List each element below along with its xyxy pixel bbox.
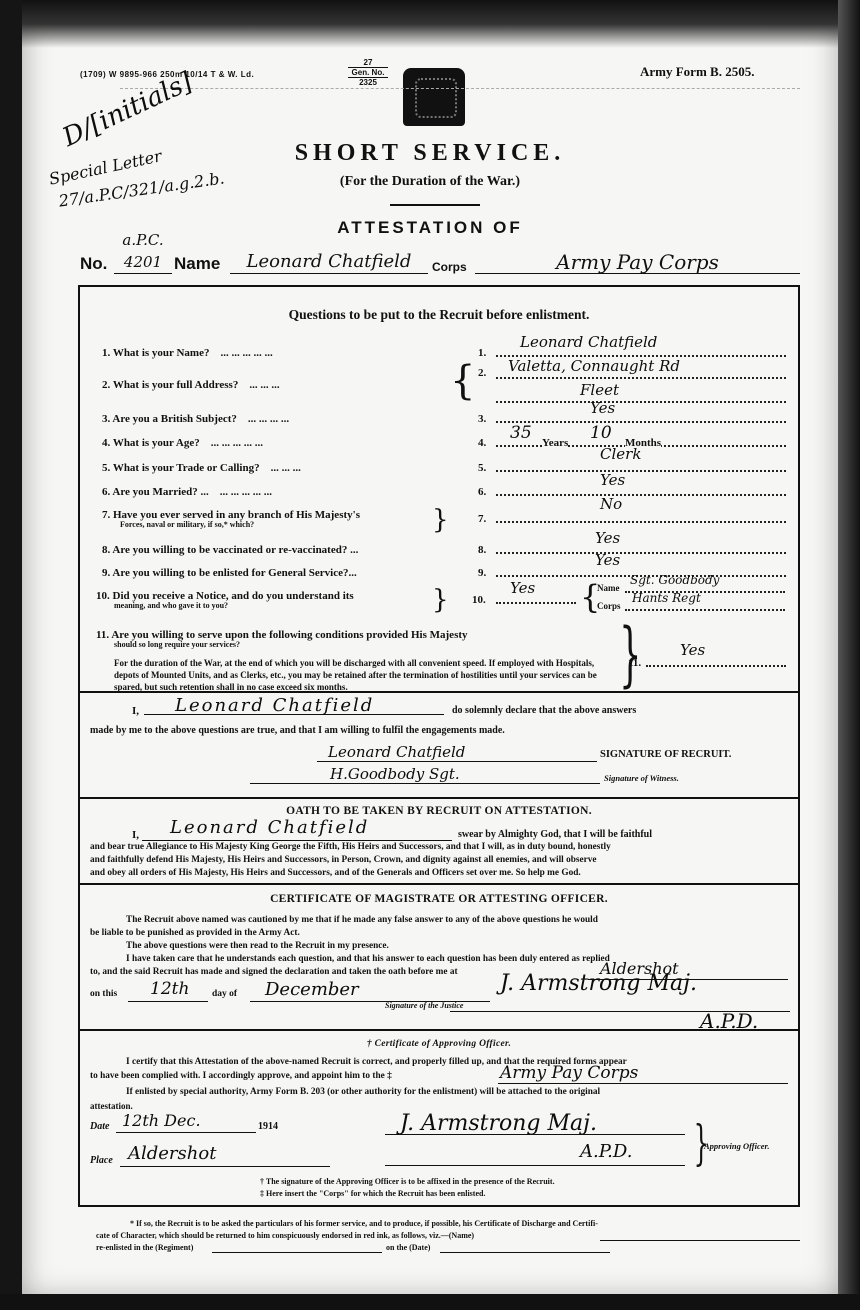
answer-2-field[interactable]: Valetta, Connaught Rd bbox=[508, 357, 680, 375]
notice-name-field[interactable]: Sgt. Goodbody bbox=[630, 573, 719, 587]
footnote-regiment-line bbox=[212, 1252, 382, 1253]
question-9: 9. Are you willing to be enlisted for Ge… bbox=[102, 567, 357, 579]
approving-officer-title: A.P.D. bbox=[580, 1141, 632, 1162]
answer-10-line bbox=[496, 592, 576, 604]
scan-edge-left bbox=[0, 0, 22, 1310]
answer-5-number: 5. bbox=[478, 462, 486, 474]
on-this-label: on this bbox=[90, 989, 117, 999]
day-line bbox=[128, 1001, 208, 1002]
answer-7-line bbox=[496, 511, 786, 523]
answer-2b-line bbox=[496, 391, 786, 403]
royal-crest-icon bbox=[403, 68, 465, 126]
footnote-date-line bbox=[440, 1252, 610, 1253]
notice-name-label: Name bbox=[597, 583, 620, 593]
witness-signature[interactable]: H.Goodbody Sgt. bbox=[330, 765, 460, 783]
witness-signature-line bbox=[250, 783, 600, 784]
answer-2b-field[interactable]: Fleet bbox=[580, 381, 619, 399]
magistrate-line-3: The above questions were then read to th… bbox=[126, 941, 389, 951]
answer-10-field[interactable]: Yes bbox=[510, 579, 535, 597]
magistrate-line-1: The Recruit above named was cautioned by… bbox=[126, 915, 598, 925]
approving-line-2: to have been complied with. I accordingl… bbox=[90, 1071, 392, 1081]
scan-edge-bottom bbox=[0, 1294, 860, 1310]
oath-heading: OATH TO BE TAKEN BY RECRUIT ON ATTESTATI… bbox=[80, 805, 798, 817]
witness-signature-label: Signature of Witness. bbox=[604, 773, 679, 783]
corps-field[interactable]: Army Pay Corps bbox=[475, 251, 800, 274]
notice-corps-label: Corps bbox=[597, 601, 621, 611]
approving-note-2: ‡ Here insert the "Corps" for which the … bbox=[260, 1188, 485, 1199]
answer-7-field[interactable]: No bbox=[600, 495, 622, 513]
question-6: 6. Are you Married? ... ... ... ... ... … bbox=[102, 486, 272, 498]
approving-line-3: If enlisted by special authority, Army F… bbox=[126, 1087, 600, 1097]
question-1: 1. What is your Name? ... ... ... ... ..… bbox=[102, 347, 273, 359]
answer-3-line bbox=[496, 411, 786, 423]
approval-place-field[interactable]: Aldershot bbox=[128, 1143, 216, 1164]
answer-6-number: 6. bbox=[478, 486, 486, 498]
justice-signature[interactable]: J. Armstrong Maj. bbox=[500, 971, 697, 996]
magistrate-certificate-section: CERTIFICATE OF MAGISTRATE OR ATTESTING O… bbox=[78, 883, 800, 1031]
oath-name-line bbox=[142, 839, 452, 841]
years-label: Years bbox=[542, 437, 568, 449]
magistrate-line-2: be liable to be punished as provided in … bbox=[90, 928, 300, 938]
officer-title-line bbox=[385, 1165, 685, 1166]
approving-line-4: attestation. bbox=[90, 1101, 133, 1111]
scan-shadow-top bbox=[0, 0, 860, 48]
regimental-number-field[interactable]: a.P.C. 4201 bbox=[114, 229, 172, 274]
officer-signature-line bbox=[385, 1134, 685, 1135]
footnote-line-2: cate of Character, which should be retur… bbox=[96, 1230, 474, 1241]
oath-text-2: and bear true Allegiance to His Majesty … bbox=[90, 842, 611, 852]
footnote-line-3: re-enlisted in the (Regiment) bbox=[96, 1242, 193, 1253]
magistrate-line-5: to, and the said Recruit has made and si… bbox=[90, 967, 458, 977]
magistrate-line-4: I have taken care that he understands ea… bbox=[126, 954, 610, 964]
oath-prefix: I, bbox=[132, 829, 139, 841]
declaration-name-field[interactable]: Leonard Chatfield bbox=[175, 695, 374, 716]
brace: } bbox=[432, 587, 449, 613]
answer-9-number: 9. bbox=[478, 567, 486, 579]
answer-10-number: 10. bbox=[472, 594, 486, 606]
gen-number-top: 27 bbox=[348, 58, 388, 67]
footnote-line-1: * If so, the Recruit is to be asked the … bbox=[130, 1218, 598, 1229]
question-5: 5. What is your Trade or Calling? ... ..… bbox=[102, 462, 301, 474]
appointed-corps-line bbox=[498, 1083, 788, 1084]
form-subtitle: (For the Duration of the War.) bbox=[0, 174, 860, 190]
day-of-label: day of bbox=[212, 989, 237, 999]
declaration-text-2: made by me to the above questions are tr… bbox=[90, 725, 505, 736]
question-8: 8. Are you willing to be vaccinated or r… bbox=[102, 544, 358, 556]
footnote-date-label: on the (Date) bbox=[386, 1242, 430, 1253]
approving-officer-label: Approving Officer. bbox=[704, 1141, 769, 1151]
answer-3-number: 3. bbox=[478, 413, 486, 425]
answer-11-line bbox=[646, 655, 786, 667]
declaration-section: I, Leonard Chatfield do solemnly declare… bbox=[78, 691, 800, 799]
answer-5-field[interactable]: Clerk bbox=[600, 445, 641, 463]
answer-7-number: 7. bbox=[478, 513, 486, 525]
age-years-field[interactable]: 35 bbox=[510, 423, 532, 443]
gen-number-bottom: 2325 bbox=[348, 78, 388, 87]
questions-section: Questions to be put to the Recruit befor… bbox=[78, 285, 800, 693]
question-11: 11. Are you willing to serve upon the fo… bbox=[96, 629, 468, 649]
recruit-signature-label: SIGNATURE OF RECRUIT. bbox=[600, 749, 731, 760]
place-label: Place bbox=[90, 1155, 113, 1166]
oath-section: OATH TO BE TAKEN BY RECRUIT ON ATTESTATI… bbox=[78, 797, 800, 885]
answer-3-field[interactable]: Yes bbox=[590, 399, 615, 417]
name-label: Name bbox=[174, 254, 220, 274]
date-label: Date bbox=[90, 1121, 109, 1132]
answer-1-field[interactable]: Leonard Chatfield bbox=[520, 333, 657, 351]
scan-edge-right bbox=[838, 0, 860, 1310]
answer-6-line bbox=[496, 484, 786, 496]
oath-text-4: and obey all orders of His Majesty, His … bbox=[90, 868, 581, 878]
no-label: No. bbox=[80, 254, 107, 274]
gen-number-label: Gen. No. bbox=[348, 67, 388, 78]
appointed-corps-field[interactable]: Army Pay Corps bbox=[500, 1063, 638, 1083]
identity-line: No. a.P.C. 4201 Name Leonard Chatfield C… bbox=[80, 246, 800, 276]
questions-heading: Questions to be put to the Recruit befor… bbox=[80, 307, 798, 323]
declaration-text-1: do solemnly declare that the above answe… bbox=[452, 705, 636, 716]
magistrate-heading: CERTIFICATE OF MAGISTRATE OR ATTESTING O… bbox=[80, 893, 798, 905]
brace: } bbox=[432, 507, 449, 533]
answer-9-field[interactable]: Yes bbox=[595, 551, 620, 569]
approval-place-line bbox=[120, 1166, 330, 1167]
notice-corps-field[interactable]: Hants Regt bbox=[632, 591, 701, 605]
service-conditions: For the duration of the War, at the end … bbox=[114, 657, 614, 693]
age-months-field[interactable]: 10 bbox=[590, 423, 612, 443]
answer-6-field[interactable]: Yes bbox=[600, 471, 625, 489]
corps-label: Corps bbox=[432, 260, 467, 274]
approval-date-field[interactable]: 12th Dec. bbox=[122, 1111, 201, 1130]
name-field[interactable]: Leonard Chatfield bbox=[230, 251, 428, 274]
approving-note-1: † The signature of the Approving Officer… bbox=[260, 1176, 555, 1187]
question-4: 4. What is your Age? ... ... ... ... ... bbox=[102, 437, 263, 449]
form-title: SHORT SERVICE. bbox=[0, 140, 860, 167]
answer-8-line bbox=[496, 542, 786, 554]
gen-number: 27 Gen. No. 2325 bbox=[348, 58, 388, 87]
form-number: Army Form B. 2505. bbox=[640, 64, 754, 80]
declaration-prefix: I, bbox=[132, 705, 139, 717]
approving-heading: † Certificate of Approving Officer. bbox=[80, 1039, 798, 1049]
question-7: 7. Have you ever served in any branch of… bbox=[102, 509, 360, 529]
answer-1-number: 1. bbox=[478, 347, 486, 359]
recruit-signature[interactable]: Leonard Chatfield bbox=[328, 743, 465, 761]
attestation-month-field[interactable]: December bbox=[265, 979, 359, 1000]
date-line bbox=[116, 1132, 256, 1133]
justice-signature-label: Signature of the Justice bbox=[385, 1001, 463, 1010]
approving-officer-section: † Certificate of Approving Officer. I ce… bbox=[78, 1029, 800, 1207]
oath-name-field[interactable]: Leonard Chatfield bbox=[170, 817, 369, 838]
answer-2-number: 2. bbox=[478, 367, 486, 379]
header-dashed-rule bbox=[120, 88, 800, 89]
question-2: 2. What is your full Address? ... ... ..… bbox=[102, 379, 280, 391]
question-10: 10. Did you receive a Notice, and do you… bbox=[96, 590, 354, 610]
recruit-signature-line bbox=[317, 761, 597, 762]
question-3: 3. Are you a British Subject? ... ... ..… bbox=[102, 413, 289, 425]
brace: { bbox=[450, 361, 475, 401]
answer-11-field[interactable]: Yes bbox=[680, 641, 705, 659]
year-label: 1914 bbox=[258, 1121, 278, 1132]
answer-8-field[interactable]: Yes bbox=[595, 529, 620, 547]
answer-4-number: 4. bbox=[478, 437, 486, 449]
oath-text-1: swear by Almighty God, that I will be fa… bbox=[458, 829, 652, 840]
attestation-day-field[interactable]: 12th bbox=[150, 979, 189, 999]
answer-8-number: 8. bbox=[478, 544, 486, 556]
brace: } bbox=[619, 619, 641, 689]
answer-11-number: 11. bbox=[628, 657, 641, 669]
title-rule bbox=[390, 204, 480, 206]
footnote-name-line bbox=[600, 1240, 800, 1241]
approving-officer-signature[interactable]: J. Armstrong Maj. bbox=[400, 1111, 597, 1136]
oath-text-3: and faithfully defend His Majesty, His H… bbox=[90, 855, 597, 865]
